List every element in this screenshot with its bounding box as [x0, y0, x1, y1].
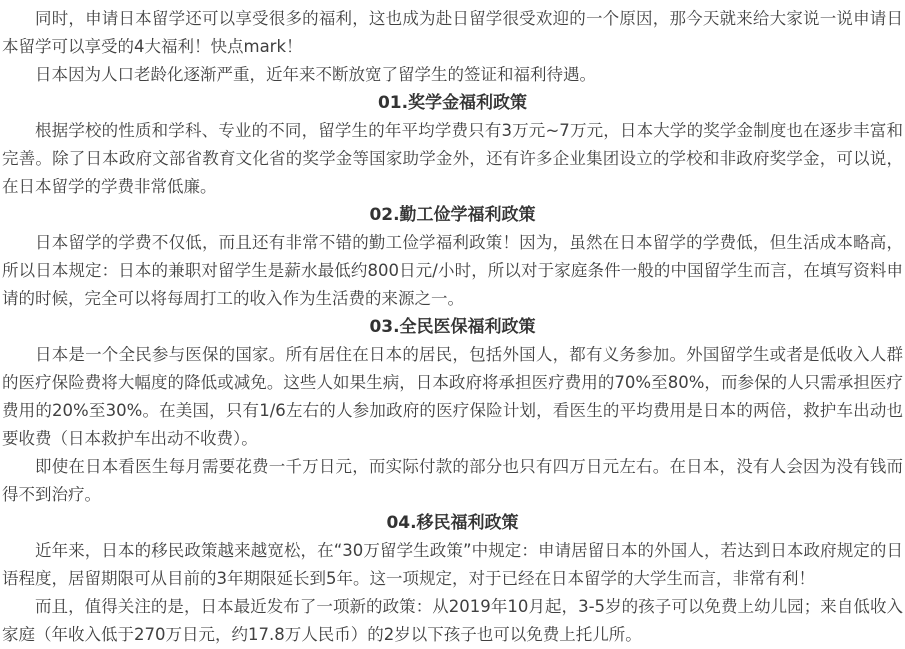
section-heading: 04.移民福利政策	[2, 509, 903, 537]
paragraph: 而且，值得关注的是，日本最近发布了一项新的政策：从2019年10月起，3-5岁的…	[2, 593, 903, 649]
section-heading: 02.勤工俭学福利政策	[2, 201, 903, 229]
paragraph: 近年来，日本的移民政策越来越宽松，在“30万留学生政策”中规定：申请居留日本的外…	[2, 537, 903, 593]
paragraph: 日本留学的学费不仅低，而且还有非常不错的勤工俭学福利政策！因为，虽然在日本留学的…	[2, 229, 903, 313]
section-heading: 01.奖学金福利政策	[2, 89, 903, 117]
paragraph: 根据学校的性质和学科、专业的不同，留学生的年平均学费只有3万元~7万元，日本大学…	[2, 117, 903, 201]
paragraph: 同时，申请日本留学还可以享受很多的福利，这也成为赴日留学很受欢迎的一个原因，那今…	[2, 5, 903, 61]
section-heading: 03.全民医保福利政策	[2, 313, 903, 341]
article-body: 同时，申请日本留学还可以享受很多的福利，这也成为赴日留学很受欢迎的一个原因，那今…	[0, 0, 905, 649]
paragraph: 日本是一个全民参与医保的国家。所有居住在日本的居民，包括外国人，都有义务参加。外…	[2, 341, 903, 453]
paragraph: 日本因为人口老龄化逐渐严重，近年来不断放宽了留学生的签证和福利待遇。	[2, 61, 903, 89]
paragraph: 即使在日本看医生每月需要花费一千万日元，而实际付款的部分也只有四万日元左右。在日…	[2, 453, 903, 509]
